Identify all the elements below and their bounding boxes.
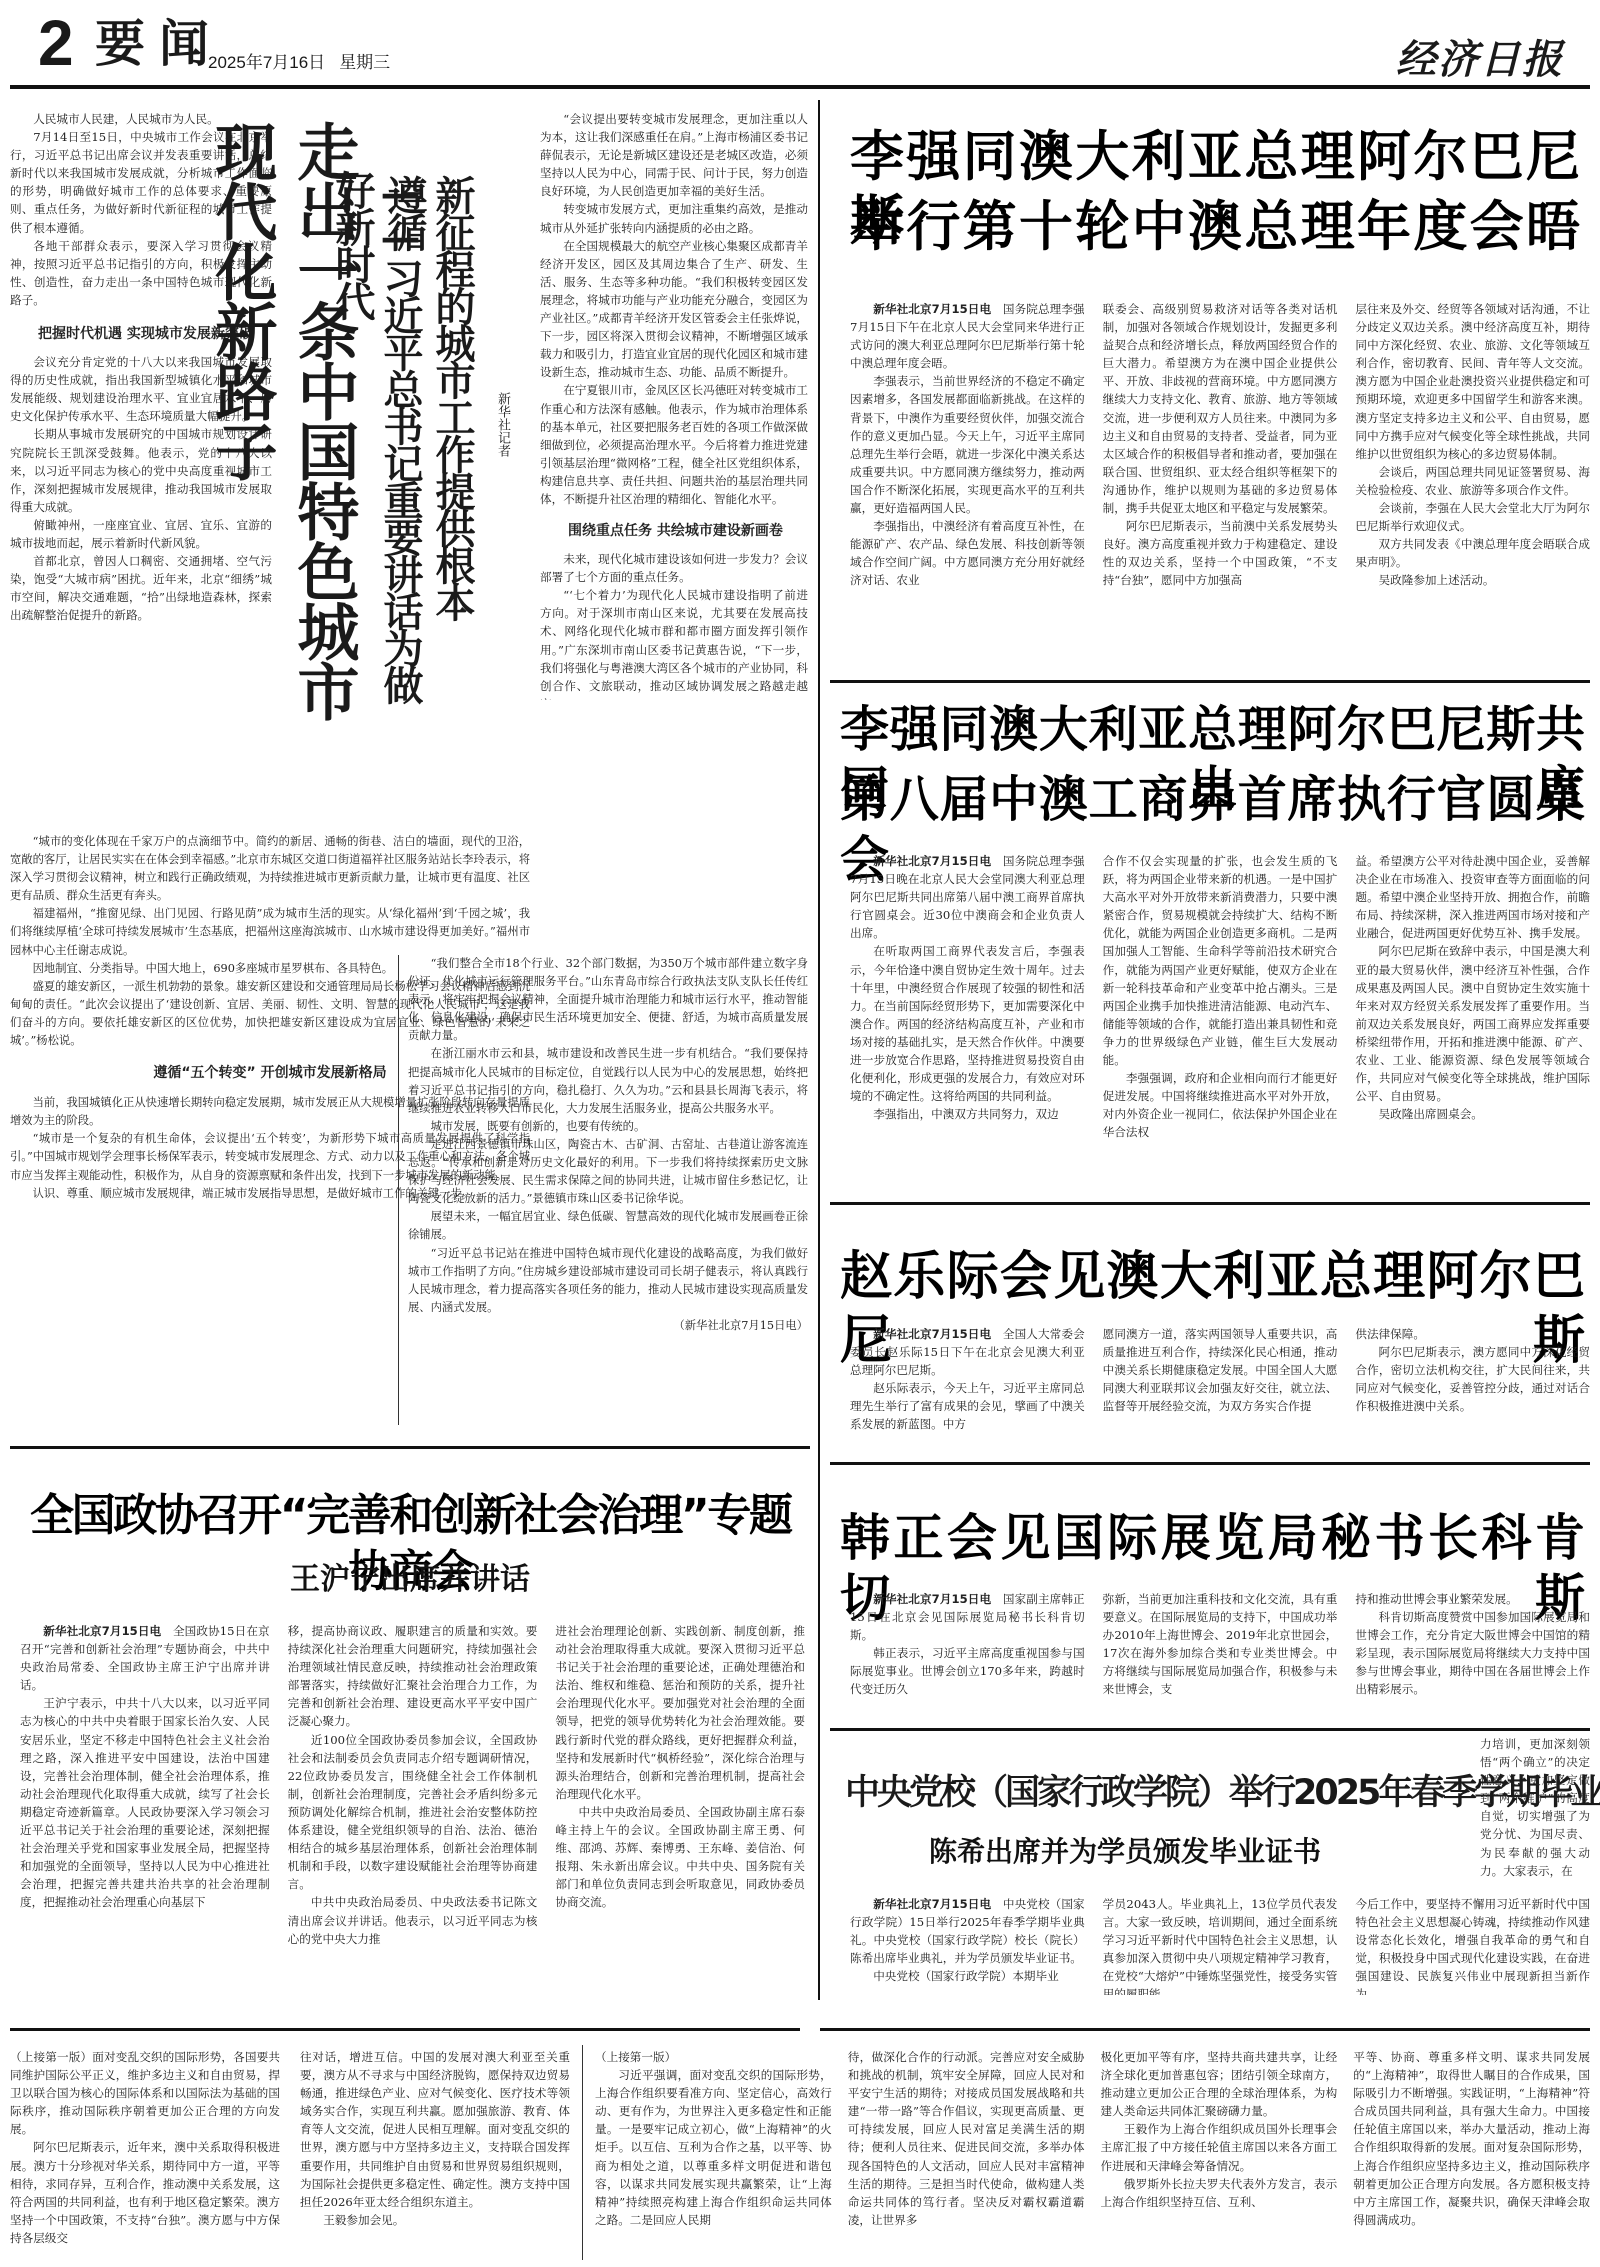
paragraph: 弥新，当前更加注重科技和文化交流，具有重要意义。在国际展览局的支持下，中国成功举… bbox=[1103, 1590, 1338, 1699]
paragraph: 李强指出，中澳双方共同努力，双边 bbox=[850, 1105, 1085, 1123]
dateline: 新华社北京7月15日电 bbox=[873, 1327, 991, 1341]
story-party-school-subtitle: 陈希出席并为学员颁发毕业证书 bbox=[845, 1832, 1405, 1872]
paragraph: 阿尔巴尼斯表示，当前澳中关系发展势头良好。澳方高度重视并致力于构建稳定、建设性的… bbox=[1103, 517, 1338, 589]
story-cppcc-subtitle: 王沪宁出席并讲话 bbox=[10, 1560, 810, 1600]
continuation-label: （上接第一版） bbox=[10, 2050, 92, 2064]
dateline: 新华社北京7月15日电 bbox=[873, 854, 991, 868]
text-column: 进社会治理理论创新、实践创新、制度创新，推动社会治理取得重大成就。要深入贯彻习近… bbox=[555, 1622, 805, 1997]
text-column: 待，做深化合作的行动派。完善应对安全威胁和挑战的机制，筑牢安全屏障，回应人民对和… bbox=[848, 2048, 1085, 2263]
lead-right-column: “会议提出要转变城市发展理念，更加注重以人为本，这让我们深感重任在肩。”上海市杨… bbox=[540, 110, 808, 700]
text-column: 学员2043人。毕业典礼上，13位学员代表发言。大家一致反映，培训期间，通过全面… bbox=[1103, 1895, 1338, 1995]
paragraph: “城市的变化体现在千家万户的点滴细节中。简约的新居、通畅的街巷、洁白的墙面，现代… bbox=[10, 833, 530, 905]
page-divider bbox=[818, 100, 820, 2000]
paragraph: 城市发展，既要有创新的，也要有传统的。 bbox=[408, 1118, 808, 1136]
paragraph: 中共中央政治局委员、全国政协副主席石泰峰主持上午的会议。全国政协副主席王勇、何维… bbox=[555, 1803, 805, 1912]
paragraph: 走进江西景德镇市珠山区，陶瓷古木、古矿洞、古窑址、古巷道让游客流连忘返。“传承和… bbox=[408, 1136, 808, 1208]
paragraph: 双方共同发表《中澳总理年度会晤联合成果声明》。 bbox=[1355, 535, 1590, 571]
paragraph: 福建福州，“推窗见绿、出门见园、行路见荫”成为城市生活的现实。从‘绿化福州’到‘… bbox=[10, 905, 530, 959]
sign-off: （新华社北京7月15日电） bbox=[408, 1317, 808, 1335]
lead-subtitle-2: ——习近平总书记重要讲话为做好新时代 bbox=[376, 170, 424, 720]
story-li-meeting-body: 新华社北京7月15日电 国务院总理李强7月15日下午在北京人民大会堂同来华进行正… bbox=[850, 300, 1590, 675]
paragraph: 王毅参加会见。 bbox=[300, 2211, 570, 2229]
paragraph: 益。希望澳方公平对待赴澳中国企业，妥善解决企业在市场准入、投资审查等方面面临的问… bbox=[1355, 852, 1590, 942]
paragraph: 在宁夏银川市，金凤区区长冯德旺对转变城市工作重心和方法深有感触。他表示，作为城市… bbox=[540, 381, 808, 508]
paragraph: 进社会治理理论创新、实践创新、制度创新，推动社会治理取得重大成就。要深入贯彻习近… bbox=[555, 1622, 805, 1803]
dateline: 新华社北京7月15日电 bbox=[873, 1592, 991, 1606]
section-rule bbox=[10, 1446, 810, 1449]
paragraph: 阿尔巴尼斯表示，近年来，澳中关系取得积极进展。澳方十分珍视对华关系，期待同中方一… bbox=[10, 2138, 280, 2247]
story-ceo-body: 新华社北京7月15日电 国务院总理李强7月15日晚在北京人民大会堂同澳大利亚总理… bbox=[850, 852, 1590, 1200]
lead-subtitle-1: 新征程的城市工作提供根本遵循 bbox=[428, 175, 476, 635]
section-heading: 围绕重点任务 共绘城市建设新画卷 bbox=[540, 520, 808, 542]
paragraph: 科肯切斯高度赞赏中国参加国际展览局和世博会工作，充分肯定大阪世博会中国馆的精彩呈… bbox=[1355, 1608, 1590, 1698]
paragraph: “会议提出要转变城市发展理念，更加注重以人为本，这让我们深感重任在肩。”上海市杨… bbox=[540, 110, 808, 200]
paragraph: 持和推动世博会事业繁荣发展。 bbox=[1355, 1590, 1590, 1608]
paragraph: 会谈后，两国总理共同见证签署贸易、海关检验检疫、农业、旅游等多项合作文件。 bbox=[1355, 463, 1590, 499]
lead-byline: 新华社记者 bbox=[494, 392, 510, 502]
text-column: 新华社北京7月15日电 全国人大常委会委员长赵乐际15日下午在北京会见澳大利亚总… bbox=[850, 1325, 1085, 1450]
paragraph: 李强指出，中澳经济有着高度互补性，在能源矿产、农产品、绿色发展、科技创新等领域合… bbox=[850, 517, 1085, 589]
text-column: 往对话，增进互信。中国的发展对澳大利亚至关重要，澳方从不寻求与中国经济脱钩，愿保… bbox=[300, 2048, 570, 2263]
section-rule bbox=[10, 2028, 800, 2031]
paragraph: 今后工作中，要坚持不懈用习近平新时代中国特色社会主义思想凝心铸魂，持续推动作风建… bbox=[1355, 1895, 1590, 1995]
text-column: 平等、协商、尊重多样文明、谋求共同发展的“上海精神”，取得世人瞩目的合作成果，国… bbox=[1353, 2048, 1590, 2263]
text-column: 新华社北京7月15日电 国务院总理李强7月15日晚在北京人民大会堂同澳大利亚总理… bbox=[850, 852, 1085, 1200]
paragraph: 未来，现代化城市建设该如何进一步发力？会议部署了七个方面的重点任务。 bbox=[540, 550, 808, 586]
text-column: （上接第一版）面对变乱交织的国际形势，各国要共同维护国际公平正义，维护多边主义和… bbox=[10, 2048, 280, 2263]
paragraph: 阿尔巴尼斯表示，澳方愿同中方深化经贸合作，密切立法机构交往，扩大民间往来，共同应… bbox=[1355, 1343, 1590, 1415]
paragraph: 俯瞰神州，一座座宜业、宜居、宜乐、宜游的城市拔地而起，展示着新时代新风貌。 bbox=[10, 516, 272, 552]
story-party-school-body: 新华社北京7月15日电 中央党校（国家行政学院）15日举行2025年春季学期毕业… bbox=[850, 1895, 1590, 1995]
header-rule bbox=[10, 85, 1590, 89]
section-name: 要闻 bbox=[95, 14, 223, 74]
story-han-body: 新华社北京7月15日电 国家副主席韩正15日在北京会见国际展览局秘书长科肯切斯。… bbox=[850, 1590, 1590, 1708]
section-rule bbox=[830, 1202, 1590, 1205]
paragraph: 在浙江丽水市云和县，城市建设和改善民生进一步有机结合。“我们要保持把提高城市化人… bbox=[408, 1045, 808, 1117]
issue-date: 2025年7月16日星期三 bbox=[208, 48, 404, 73]
paragraph: 展望未来，一幅宜居宜业、绿色低碳、智慧高效的现代化城市发展画卷正徐徐铺展。 bbox=[408, 1208, 808, 1244]
text-column: 持和推动世博会事业繁荣发展。 科肯切斯高度赞赏中国参加国际展览局和世博会工作，充… bbox=[1355, 1590, 1590, 1708]
paragraph: 赵乐际表示，今天上午，习近平主席同总理先生举行了富有成果的会见，擘画了中澳关系发… bbox=[850, 1379, 1085, 1433]
text-column: （上接第一版） 习近平强调，面对变乱交织的国际形势，上海合作组织要看准方向、坚定… bbox=[595, 2048, 832, 2263]
paragraph: 在听取两国工商界代表发言后，李强表示，今年恰逢中澳自贸协定生效十周年。过去十年里… bbox=[850, 942, 1085, 1105]
paragraph: 吴政隆出席圆桌会。 bbox=[1355, 1105, 1590, 1123]
text-column: 弥新，当前更加注重科技和文化交流，具有重要意义。在国际展览局的支持下，中国成功举… bbox=[1103, 1590, 1338, 1708]
paragraph: 李强表示，当前世界经济的不稳定不确定因素增多，各国发展都面临新挑战。在这样的背景… bbox=[850, 372, 1085, 517]
text-column: 新华社北京7月15日电 全国政协15日在京召开“完善和创新社会治理”专题协商会，… bbox=[20, 1622, 270, 1997]
paragraph: 中共中央政治局委员、中央政法委书记陈文清出席会议并讲话。他表示，以习近平同志为核… bbox=[288, 1893, 538, 1947]
paragraph: 王毅作为上海合作组织成员国外长理事会主席汇报了中方接任轮值主席国以来各方面工作进… bbox=[1101, 2120, 1338, 2174]
text-column: 联委会、高级别贸易救济对话等各类对话机制，加强对各领域合作规划设计，发掘更多利益… bbox=[1103, 300, 1338, 675]
section-rule bbox=[830, 680, 1590, 683]
paragraph: 供法律保障。 bbox=[1355, 1325, 1590, 1343]
section-rule bbox=[830, 1728, 1590, 1731]
text-column: 新华社北京7月15日电 国家副主席韩正15日在北京会见国际展览局秘书长科肯切斯。… bbox=[850, 1590, 1085, 1708]
text-column: 移，提高协商议政、履职建言的质量和实效。要持续深化社会治理重大问题研究，持续加强… bbox=[288, 1622, 538, 1997]
text-column: 极化更加平等有序，坚持共商共建共享，让经济全球化更加普惠包容；团结引领全球南方，… bbox=[1101, 2048, 1338, 2263]
paragraph: 极化更加平等有序，坚持共商共建共享，让经济全球化更加普惠包容；团结引领全球南方，… bbox=[1101, 2048, 1338, 2120]
paragraph: 王沪宁表示，中共十八大以来，以习近平同志为核心的中共中央着眼于国家长治久安、人民… bbox=[20, 1694, 270, 1911]
text-column: 愿同澳方一道，落实两国领导人重要共识，高质量推进互利合作，持续深化民心相通，推动… bbox=[1103, 1325, 1338, 1450]
text-column: 今后工作中，要坚持不懈用习近平新时代中国特色社会主义思想凝心铸魂，持续推动作风建… bbox=[1355, 1895, 1590, 1995]
dateline: 新华社北京7月15日电 bbox=[43, 1624, 161, 1638]
story-li-meeting-title-2: 举行第十轮中澳总理年度会晤 bbox=[850, 195, 1580, 259]
paragraph: 习近平强调，面对变乱交织的国际形势，上海合作组织要看准方向、坚定信心，高效行动、… bbox=[595, 2066, 832, 2229]
paragraph: 往对话，增进互信。中国的发展对澳大利亚至关重要，澳方从不寻求与中国经济脱钩，愿保… bbox=[300, 2048, 570, 2211]
date-text: 2025年7月16日 bbox=[208, 53, 325, 72]
paragraph: 转变城市发展方式，更加注重集约高效，是推动城市从外延扩张转向内涵提质的必由之路。 bbox=[540, 200, 808, 236]
paragraph: 学员2043人。毕业典礼上，13位学员代表发言。大家一致反映，培训期间，通过全面… bbox=[1103, 1895, 1338, 1995]
page-number: 2 bbox=[38, 8, 74, 78]
paragraph: “习近平总书记站在推进中国特色城市现代化建设的战略高度，为我们做好城市工作指明了… bbox=[408, 1245, 808, 1317]
paragraph: 中央党校（国家行政学院）本期毕业 bbox=[850, 1967, 1085, 1985]
paragraph: 平等、协商、尊重多样文明、谋求共同发展的“上海精神”，取得世人瞩目的合作成果，国… bbox=[1353, 2048, 1590, 2229]
continuation-label: （上接第一版） bbox=[595, 2048, 832, 2066]
paragraph: “‘七个着力’为现代化人民城市建设指明了前进方向。对于深圳市南山区来说，尤其要在… bbox=[540, 586, 808, 700]
paragraph: 待，做深化合作的行动派。完善应对安全威胁和挑战的机制，筑牢安全屏障，回应人民对和… bbox=[848, 2048, 1085, 2229]
lead-wide-column-right: “我们整合全市18个行业、32个部门数据，为350万个城市部件建立数字身份证，优… bbox=[408, 955, 808, 1425]
text-column: 合作不仅会实现量的扩张，也会发生质的飞跃，将为两国企业带来新的机遇。一是中国扩大… bbox=[1103, 852, 1338, 1200]
paragraph: 层往来及外交、经贸等各领域对话沟通，不让分歧定义双边关系。澳中经济高度互补，期待… bbox=[1355, 300, 1590, 463]
paragraph: 移，提高协商议政、履职建言的质量和实效。要持续深化社会治理重大问题研究，持续加强… bbox=[288, 1622, 538, 1731]
text-column: 新华社北京7月15日电 国务院总理李强7月15日下午在北京人民大会堂同来华进行正… bbox=[850, 300, 1085, 675]
weekday-text: 星期三 bbox=[339, 53, 390, 72]
text-column: 新华社北京7月15日电 中央党校（国家行政学院）15日举行2025年春季学期毕业… bbox=[850, 1895, 1085, 1995]
paragraph: 愿同澳方一道，落实两国领导人重要共识，高质量推进互利合作，持续深化民心相通，推动… bbox=[1103, 1325, 1338, 1415]
paragraph: 俄罗斯外长拉夫罗夫代表外方发言，表示上海合作组织坚持互信、互利、 bbox=[1101, 2175, 1338, 2211]
newspaper-masthead: 经济日报 bbox=[1396, 28, 1564, 85]
paragraph: 合作不仅会实现量的扩张，也会发生质的飞跃，将为两国企业带来新的机遇。一是中国扩大… bbox=[1103, 852, 1338, 1069]
story-cppcc-body: 新华社北京7月15日电 全国政协15日在京召开“完善和创新社会治理”专题协商会，… bbox=[20, 1622, 805, 1997]
paragraph: 首都北京，曾因人口稠密、交通拥堵、空气污染，饱受“大城市病”困扰。近年来，北京“… bbox=[10, 552, 272, 624]
text-column: 层往来及外交、经贸等各领域对话沟通，不让分歧定义双边关系。澳中经济高度互补，期待… bbox=[1355, 300, 1590, 675]
paragraph: 会谈前，李强在人民大会堂北大厅为阿尔巴尼斯举行欢迎仪式。 bbox=[1355, 499, 1590, 535]
dateline: 新华社北京7月15日电 bbox=[873, 1897, 991, 1911]
paragraph: “我们整合全市18个行业、32个部门数据，为350万个城市部件建立数字身份证，优… bbox=[408, 955, 808, 1045]
paragraph: 近100位全国政协委员参加会议，全国政协社会和法制委员会负责同志介绍专题调研情况… bbox=[288, 1731, 538, 1894]
story-party-school-side-column: 力培训，更加深刻领悟“两个确立”的决定性意义，更加坚定做到“两个维护”的高度自觉… bbox=[1480, 1735, 1590, 1887]
paragraph: 韩正表示，习近平主席高度重视国参与国际展览事业。世博会创立170多年来，跨越时代… bbox=[850, 1644, 1085, 1698]
paragraph: 在全国规模最大的航空产业核心集聚区成都青羊经济开发区，园区及其周边集合了生产、研… bbox=[540, 237, 808, 382]
continuation-left: （上接第一版）面对变乱交织的国际形势，各国要共同维护国际公平正义，维护多边主义和… bbox=[10, 2048, 570, 2263]
text-column: 益。希望澳方公平对待赴澳中国企业，妥善解决企业在市场准入、投资审查等方面面临的问… bbox=[1355, 852, 1590, 1200]
dateline: 新华社北京7月15日电 bbox=[873, 302, 991, 316]
paragraph: 李强强调，政府和企业相向而行才能更好促进发展。中国将继续推进高水平对外开放，对内… bbox=[1103, 1069, 1338, 1141]
story-party-school-title: 中央党校（国家行政学院）举行2025年春季学期毕业典礼 bbox=[845, 1768, 1420, 1818]
continuation-right: （上接第一版） 习近平强调，面对变乱交织的国际形势，上海合作组织要看准方向、坚定… bbox=[595, 2048, 1590, 2263]
column-divider bbox=[398, 955, 399, 1425]
paragraph: 阿尔巴尼斯在致辞中表示，中国是澳大利亚的最大贸易伙伴，澳中经济互补性强，合作成果… bbox=[1355, 942, 1590, 1105]
section-rule bbox=[830, 1462, 1590, 1465]
story-zhao-body: 新华社北京7月15日电 全国人大常委会委员长赵乐际15日下午在北京会见澳大利亚总… bbox=[850, 1325, 1590, 1450]
section-rule bbox=[820, 2028, 1590, 2031]
paragraph: 联委会、高级别贸易救济对话等各类对话机制，加强对各领域合作规划设计，发掘更多利益… bbox=[1103, 300, 1338, 517]
text-column: 供法律保障。 阿尔巴尼斯表示，澳方愿同中方深化经贸合作，密切立法机构交往，扩大民… bbox=[1355, 1325, 1590, 1450]
column-divider bbox=[582, 2045, 583, 2260]
paragraph: 吴政隆参加上述活动。 bbox=[1355, 571, 1590, 589]
